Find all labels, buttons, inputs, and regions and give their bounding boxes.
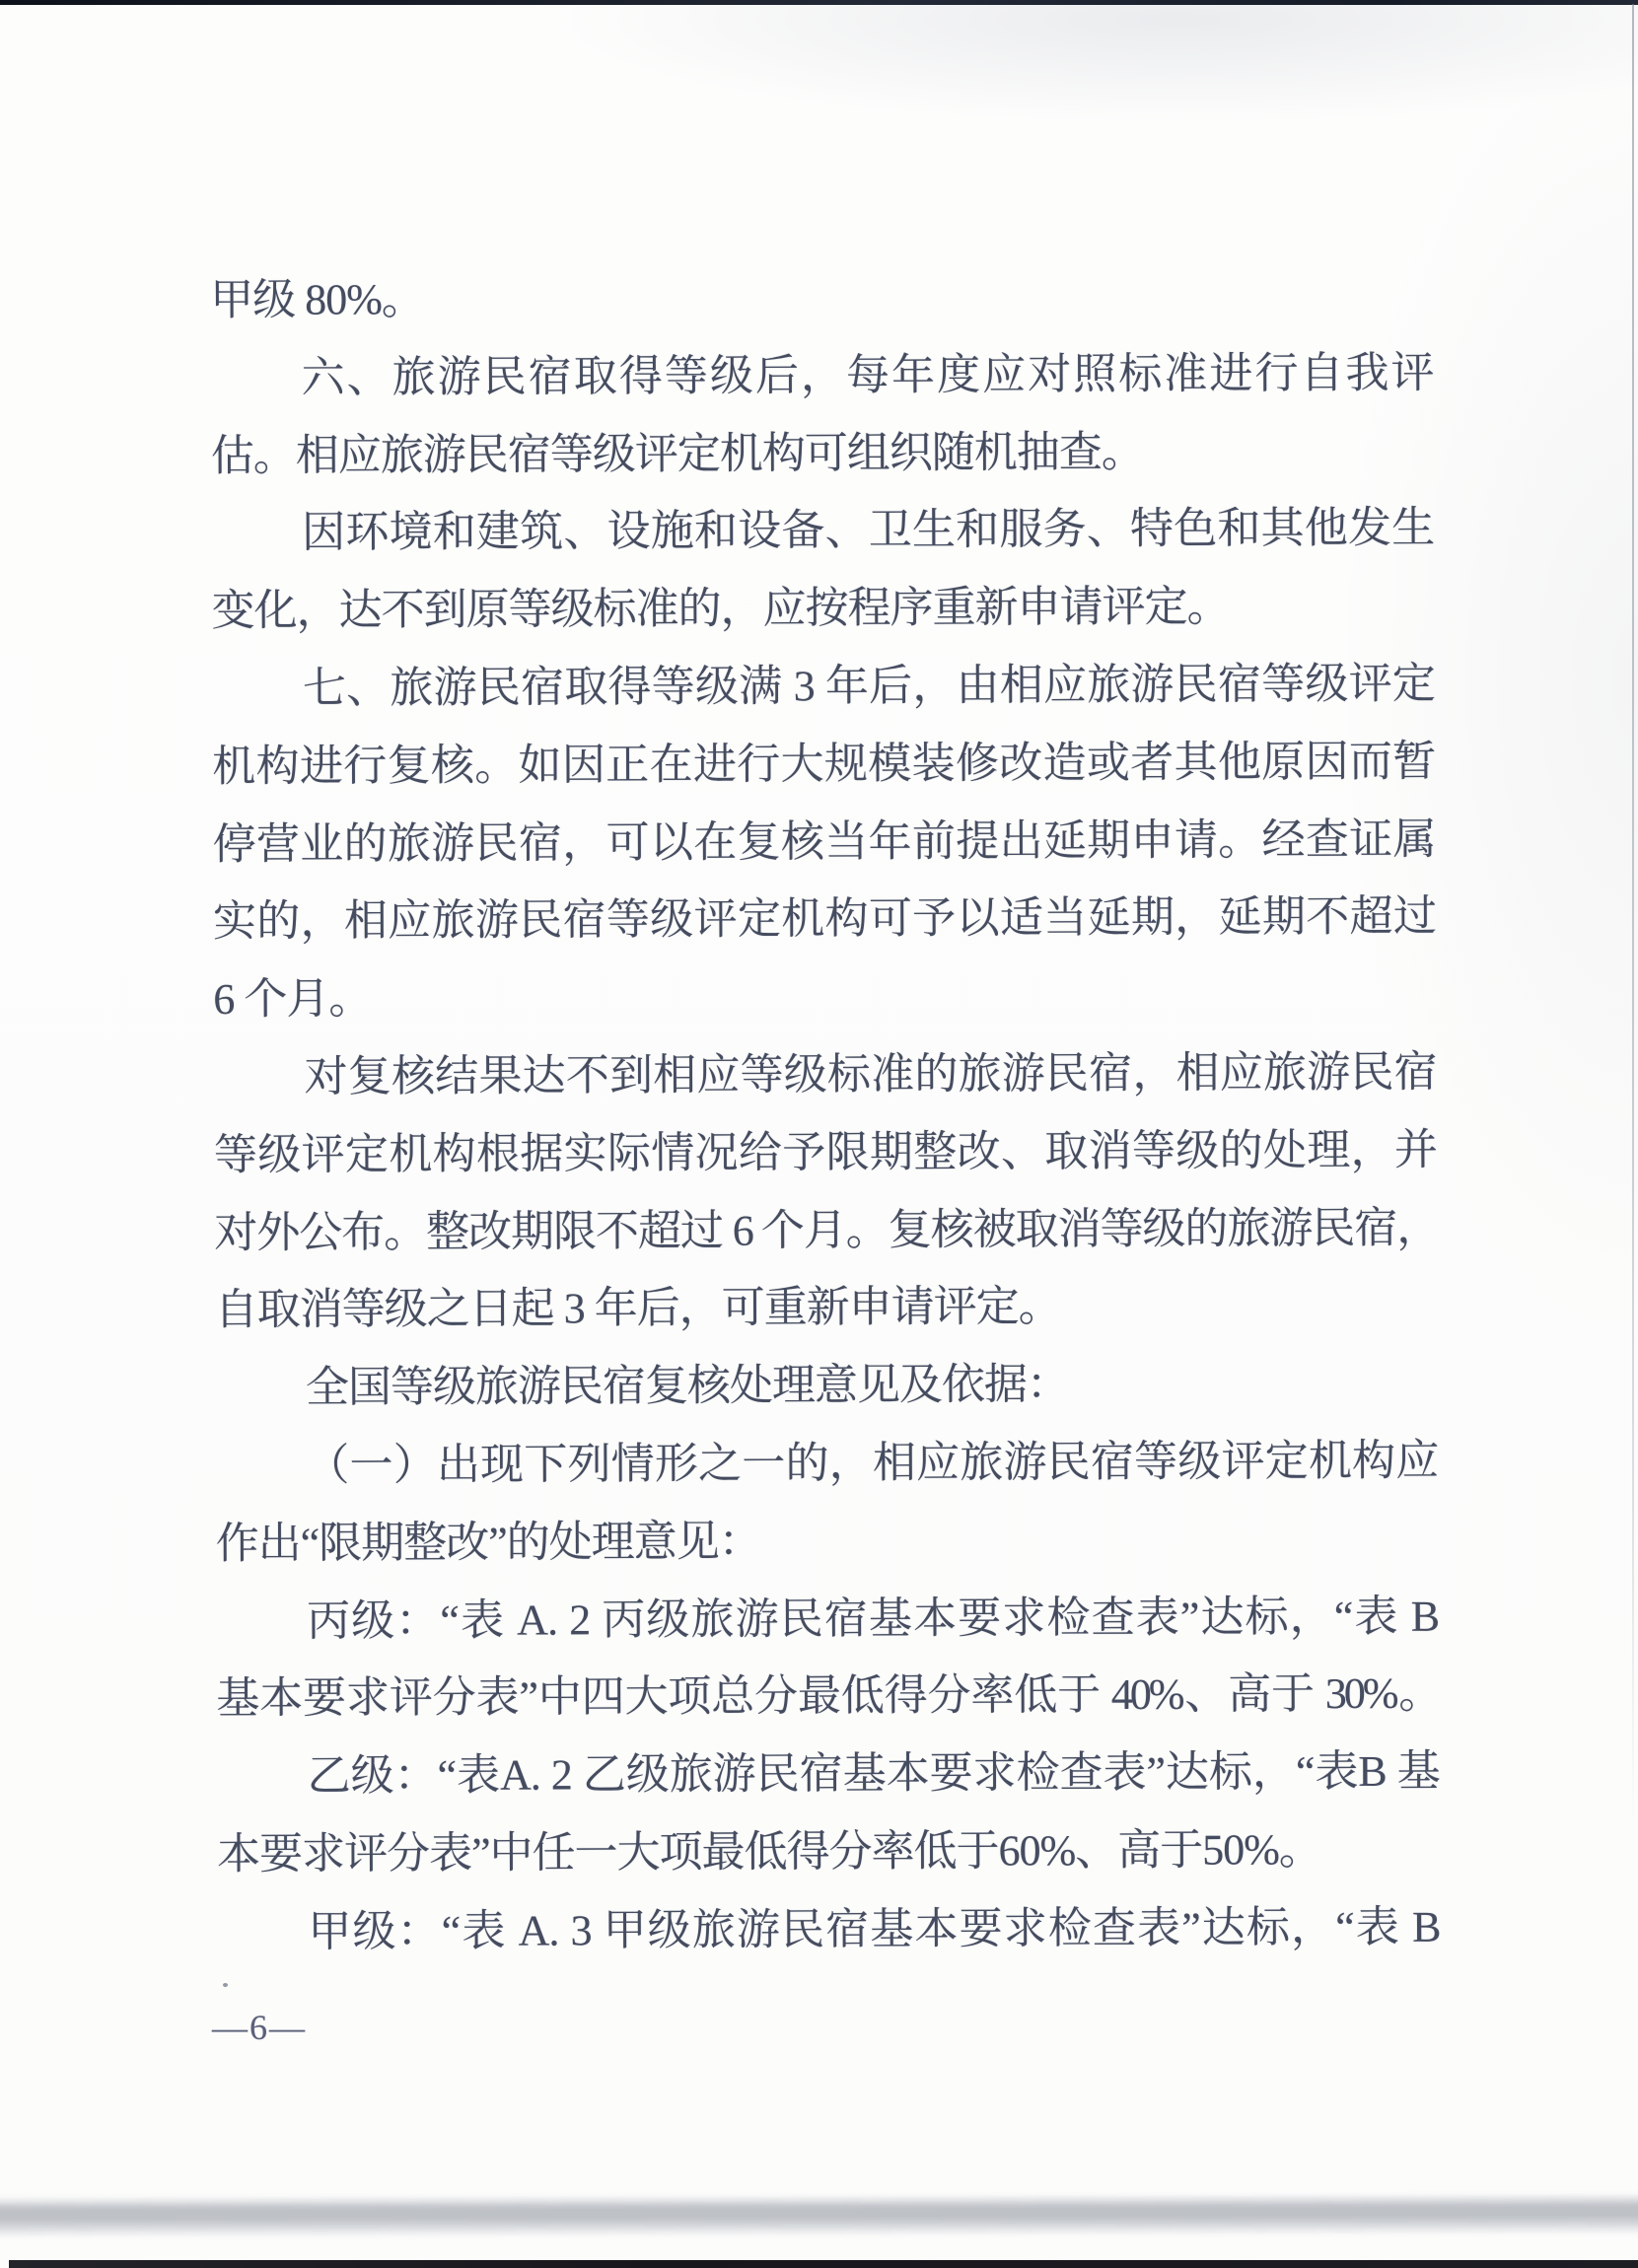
text-line: 七、旅游民宿取得等级满 3 年后，由相应旅游民宿等级评定 [212, 646, 1435, 729]
text-line: 6 个月。 [213, 957, 1436, 1039]
scan-edge-top [0, 0, 1638, 5]
text-line: 作出“限期整改”的处理意见： [216, 1500, 1439, 1583]
text-line: 基本要求评分表”中四大项总分最低得分率低于 40%、高于 30%。 [216, 1656, 1439, 1738]
text-line: 估。相应旅游民宿等级评定机构可组织随机抽查。 [211, 412, 1434, 495]
text-line: 全国等级旅游民宿复核处理意见及依据： [215, 1345, 1438, 1428]
scan-line-right [1632, 4, 1634, 1828]
text-line: （一）出现下列情形之一的，相应旅游民宿等级评定机构应 [215, 1423, 1438, 1506]
text-line: 实的，相应旅游民宿等级评定机构可予以适当延期，延期不超过 [213, 879, 1436, 961]
scanned-document-page: 甲级 80%。六、旅游民宿取得等级后，每年度应对照标准进行自我评估。相应旅游民宿… [0, 0, 1638, 2268]
scan-edge-bottom [9, 2260, 1638, 2268]
text-line: 对外公布。整改期限不超过 6 个月。复核被取消等级的旅游民宿， [214, 1189, 1437, 1272]
text-line: 丙级：“表 A. 2 丙级旅游民宿基本要求检查表”达标，“表 B [216, 1578, 1439, 1661]
text-line: 本要求评分表”中任一大项最低得分率低于60%、高于50%。 [217, 1811, 1440, 1894]
document-text: 甲级 80%。六、旅游民宿取得等级后，每年度应对照标准进行自我评估。相应旅游民宿… [210, 257, 1441, 1972]
text-line: 自取消等级之日起 3 年后，可重新申请评定。 [214, 1267, 1437, 1350]
text-line: 甲级 80%。 [210, 257, 1433, 340]
text-line: 对复核结果达不到相应等级标准的旅游民宿，相应旅游民宿 [213, 1034, 1436, 1117]
text-line: 乙级：“表A. 2 乙级旅游民宿基本要求检查表”达标，“表B 基 [217, 1734, 1440, 1816]
page-number: —6— [212, 2006, 307, 2049]
text-line: 甲级：“表 A. 3 甲级旅游民宿基本要求检查表”达标，“表 B [217, 1888, 1440, 1971]
text-line: 停营业的旅游民宿，可以在复核当年前提出延期申请。经查证属 [212, 801, 1435, 884]
ink-dot [223, 1983, 228, 1987]
text-line: 机构进行复核。如因正在进行大规模装修改造或者其他原因而暂 [212, 723, 1435, 806]
text-line: 等级评定机构根据实际情况给予限期整改、取消等级的处理，并 [214, 1111, 1437, 1194]
scanner-shadow-band [0, 2193, 1638, 2238]
text-line: 变化，达不到原等级标准的，应按程序重新申请评定。 [211, 568, 1434, 651]
text-line: 因环境和建筑、设施和设备、卫生和服务、特色和其他发生 [211, 490, 1434, 573]
text-line: 六、旅游民宿取得等级后，每年度应对照标准进行自我评 [210, 334, 1433, 417]
